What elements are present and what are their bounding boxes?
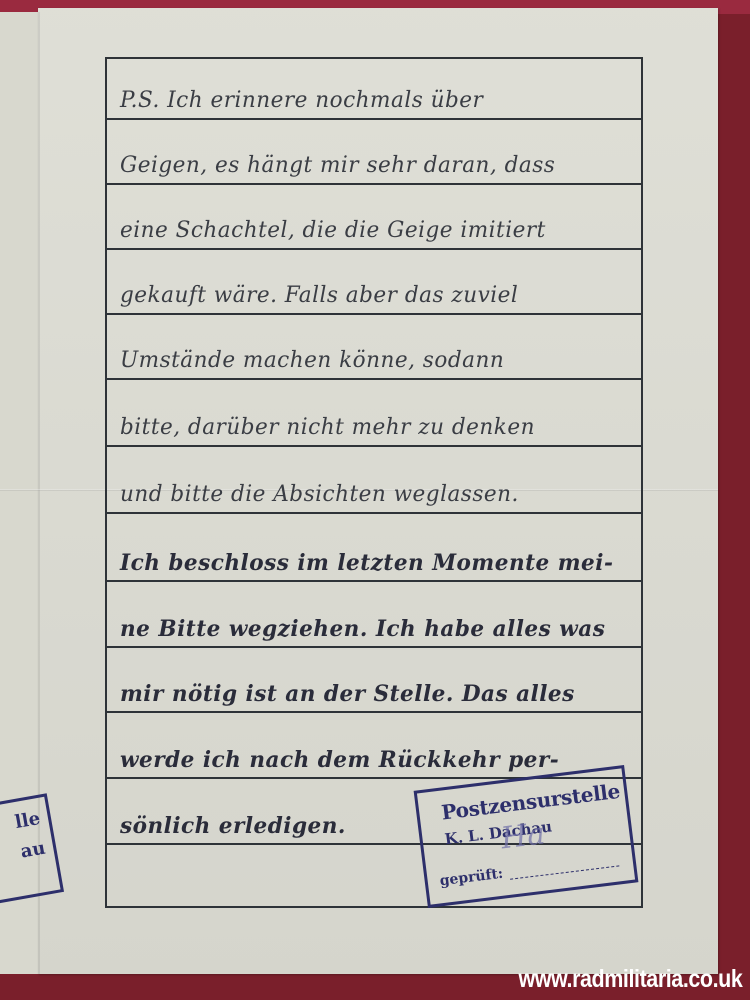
ruled-line: [107, 118, 643, 120]
ruled-line: [107, 183, 643, 185]
handwritten-line: mir nötig ist an der Stelle. Das alles: [120, 681, 625, 707]
handwritten-line: bitte, darüber nicht mehr zu denken: [120, 415, 625, 440]
ruled-line: [107, 378, 643, 380]
stamp-checked-label: geprüft:: [439, 866, 504, 890]
ruled-line: [107, 711, 643, 713]
ruled-line: [107, 313, 643, 315]
ruled-line: [107, 646, 643, 648]
stamp-signature-line: [510, 865, 619, 880]
handwritten-line: Ich beschloss im letzten Momente mei-: [120, 550, 625, 576]
handwritten-line: ne Bitte wegziehen. Ich habe alles was: [120, 616, 625, 642]
handwritten-line: und bitte die Absichten weglassen.: [120, 482, 625, 507]
handwritten-line: gekauft wäre. Falls aber das zuviel: [120, 283, 625, 308]
censor-signature: Ha: [499, 816, 547, 856]
handwritten-line: Umstände machen könne, sodann: [120, 348, 625, 373]
handwritten-line: eine Schachtel, die die Geige imitiert: [120, 218, 625, 243]
ruled-line: [107, 580, 643, 582]
handwritten-line: P.S. Ich erinnere nochmals über: [120, 88, 625, 113]
partial-stamp-line-1: lle: [13, 808, 41, 833]
watermark: www.radmilitaria.co.uk: [518, 965, 742, 994]
handwritten-line: Geigen, es hängt mir sehr daran, dass: [120, 153, 625, 178]
handwritten-line: werde ich nach dem Rückkehr per-: [120, 747, 625, 773]
partial-stamp-line-2: au: [19, 838, 47, 863]
ruled-line: [107, 248, 643, 250]
ruled-line: [107, 512, 643, 514]
ruled-line: [107, 445, 643, 447]
